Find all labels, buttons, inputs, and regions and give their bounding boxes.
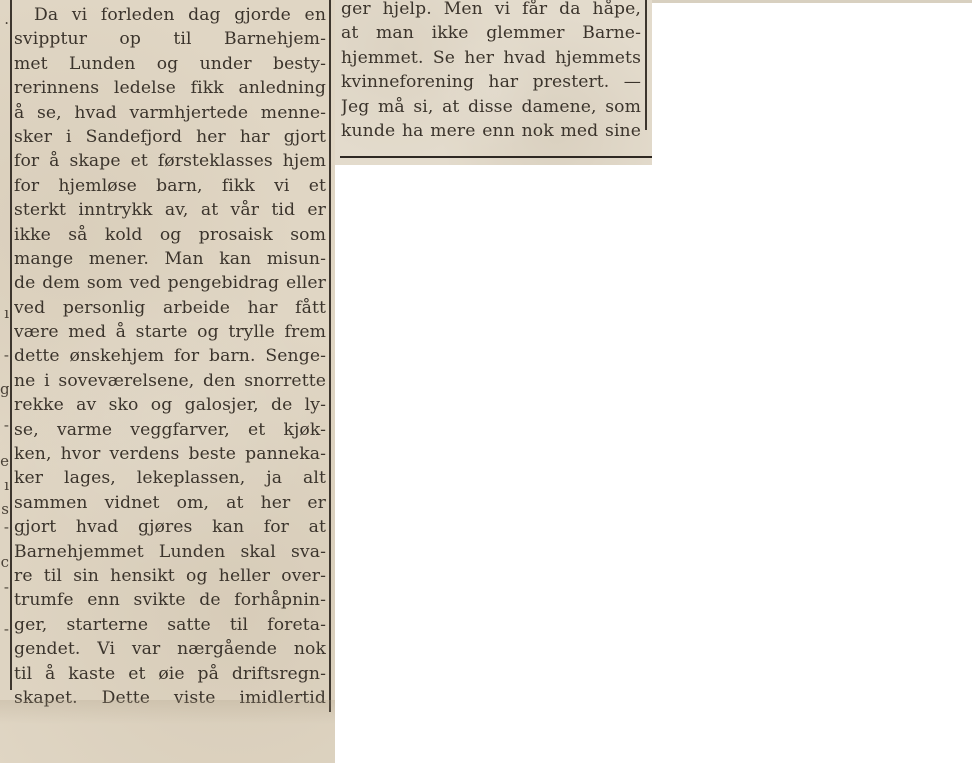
margin-fragment: ı: [0, 478, 9, 493]
margin-fragment: e: [0, 454, 9, 469]
text-line: Jeg må si, at disse damene, som: [341, 95, 641, 119]
right-clipping: ger hjelp. Men vi får da håpe, at man ik…: [335, 0, 652, 165]
margin-fragment: .: [0, 12, 9, 27]
top-strip-fragment: [652, 0, 972, 3]
text-line: gjort hvad gjøres kan for at: [14, 515, 326, 539]
margin-fragment: -: [0, 580, 9, 595]
text-line: for hjemløse barn, fikk vi et: [14, 174, 326, 198]
article-column-left: Da vi forleden dag gjorde en svipptur op…: [14, 3, 326, 710]
text-line: ken, hvor verdens beste panneka-: [14, 442, 326, 466]
text-line: ker lages, lekeplassen, ja alt: [14, 466, 326, 490]
margin-fragment: -: [0, 418, 9, 433]
margin-fragment: -: [0, 348, 9, 363]
text-line: ikke så kold og prosaisk som: [14, 223, 326, 247]
text-line: Da vi forleden dag gjorde en: [14, 3, 326, 27]
margin-fragment: s: [0, 502, 9, 517]
text-line: ger, starterne satte til foreta-: [14, 613, 326, 637]
text-line: hjemmet. Se her hvad hjemmets: [341, 46, 641, 70]
text-line: ne i soveværelsene, den snorrette: [14, 369, 326, 393]
text-line: ved personlig arbeide har fått: [14, 296, 326, 320]
text-line: kvinneforening har prestert. —: [341, 70, 641, 94]
left-clipping: . ı - g - e ı s - c - - Da vi forleden d…: [0, 0, 335, 763]
margin-fragment: c: [0, 555, 9, 570]
text-line: Barnehjemmet Lunden skal sva-: [14, 540, 326, 564]
column-rule: [645, 0, 647, 130]
column-rule: [329, 0, 331, 712]
text-line: trumfe enn svikte de forhåpnin-: [14, 588, 326, 612]
margin-fragment: g: [0, 382, 9, 397]
text-line: for å skape et førsteklasses hjem: [14, 149, 326, 173]
text-line: rekke av sko og galosjer, de ly-: [14, 393, 326, 417]
text-line: svipptur op til Barnehjem-: [14, 27, 326, 51]
text-line: sker i Sandefjord her har gjort: [14, 125, 326, 149]
text-line: sammen vidnet om, at her er: [14, 491, 326, 515]
text-line: til å kaste et øie på driftsregn-: [14, 662, 326, 686]
margin-fragment: -: [0, 622, 9, 637]
section-divider: [340, 156, 652, 158]
text-line: de dem som ved pengebidrag eller: [14, 271, 326, 295]
text-line: se, varme veggfarver, et kjøk-: [14, 418, 326, 442]
article-column-right: ger hjelp. Men vi får da håpe, at man ik…: [341, 0, 641, 143]
margin-fragment: ı: [0, 306, 9, 321]
text-line: gendet. Vi var nærgående nok: [14, 637, 326, 661]
text-line: kunde ha mere enn nok med sine: [341, 119, 641, 143]
column-rule: [10, 0, 12, 690]
text-line: dette ønskehjem for barn. Senge-: [14, 344, 326, 368]
text-line: at man ikke glemmer Barne-: [341, 21, 641, 45]
text-line: mange mener. Man kan misun-: [14, 247, 326, 271]
margin-fragment: -: [0, 520, 9, 535]
text-line: å se, hvad varmhjertede menne-: [14, 101, 326, 125]
paper-stain: [0, 700, 335, 724]
text-line: rerinnens ledelse fikk anledning: [14, 76, 326, 100]
text-line: være med å starte og trylle frem: [14, 320, 326, 344]
text-line: sterkt inntrykk av, at vår tid er: [14, 198, 326, 222]
text-line: re til sin hensikt og heller over-: [14, 564, 326, 588]
text-line: met Lunden og under besty-: [14, 52, 326, 76]
text-line: ger hjelp. Men vi får da håpe,: [341, 0, 641, 21]
